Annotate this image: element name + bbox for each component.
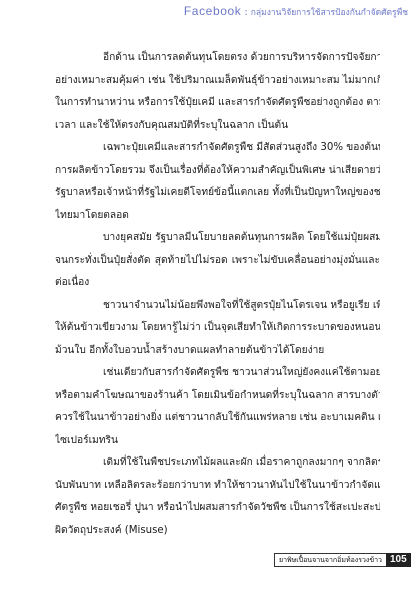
text-line: ให้ต้นข้าวเขียวงาม โดยหารู้ไม่ว่า เป็นจุ… — [55, 317, 380, 340]
header-separator: : — [244, 7, 247, 18]
paragraph-6: เดิมที่ใช้ในพืชประเภทไม้ผลและผัก เมื่อรา… — [55, 452, 380, 542]
page-number: 105 — [386, 553, 411, 567]
text-line: เดิมที่ใช้ในพืชประเภทไม้ผลและผัก เมื่อรา… — [55, 452, 380, 475]
text-line: ม้วนใบ อีกทั้งใบอวบน้ำสร้างบาดแผลทำลายต้… — [55, 340, 380, 363]
text-line: หรือตามคำโฆษณาของร้านค้า โดยเมินข้อกำหนด… — [55, 385, 380, 408]
book-title: ยาพิษเปื้อนจานจากอิ่มท้องรวงข้าว — [274, 553, 386, 567]
text-line: ชาวนาจำนวนไม่น้อยพึงพอใจที่ใช้สูตรปุ๋ยไน… — [55, 295, 380, 318]
text-line: รัฐบาลหรือเจ้าหน้าที่รัฐไม่เคยตีโจทย์ข้อ… — [55, 182, 380, 205]
text-line: ต่อเนื่อง — [55, 272, 380, 295]
page-header: Facebook:กลุ่มงานวิจัยการใช้สารป้องกันกำ… — [184, 4, 408, 19]
text-line: ควรใช้ในนาข้าวอย่างยิ่ง แต่ชาวนากลับใช้ก… — [55, 407, 380, 430]
text-line: นับพันบาท เหลือลิตรละร้อยกว่าบาท ทำให้ชา… — [55, 475, 380, 498]
paragraph-4: ชาวนาจำนวนไม่น้อยพึงพอใจที่ใช้สูตรปุ๋ยไน… — [55, 295, 380, 363]
text-line: เช่นเดียวกับสารกำจัดศัตรูพืช ชาวนาส่วนให… — [55, 362, 380, 385]
text-line: ไทยมาโดยตลอด — [55, 205, 380, 228]
text-line: เวลา และใช้ให้ตรงกับคุณสมบัติที่ระบุในฉล… — [55, 115, 380, 138]
body-text: อีกด้าน เป็นการลดต้นทุนโดยตรง ด้วยการบริ… — [55, 47, 380, 542]
text-line: การผลิตข้าวโดยรวม จึงเป็นเรื่องที่ต้องให… — [55, 160, 380, 183]
text-line: บางยุคสมัย รัฐบาลมีนโยบายลดต้นทุนการผลิต… — [55, 227, 380, 250]
paragraph-3: บางยุคสมัย รัฐบาลมีนโยบายลดต้นทุนการผลิต… — [55, 227, 380, 295]
text-line: จนกระทั่งเป็นปุ๋ยสั่งตัด สุดท้ายไปไม่รอด… — [55, 250, 380, 273]
text-line: เฉพาะปุ๋ยเคมีและสารกำจัดศัตรูพืช มีสัดส่… — [55, 137, 380, 160]
text-line: ผิดวัตถุประสงค์ (Misuse) — [55, 520, 380, 543]
paragraph-1: อีกด้าน เป็นการลดต้นทุนโดยตรง ด้วยการบริ… — [55, 47, 380, 137]
text-line: อย่างเหมาะสมคุ้มค่า เช่น ใช้ปริมาณเมล็ดพ… — [55, 70, 380, 93]
text-line: ในการทำนาหว่าน หรือการใช้ปุ๋ยเคมี และสาร… — [55, 92, 380, 115]
text-line: อีกด้าน เป็นการลดต้นทุนโดยตรง ด้วยการบริ… — [55, 47, 380, 70]
paragraph-2: เฉพาะปุ๋ยเคมีและสารกำจัดศัตรูพืช มีสัดส่… — [55, 137, 380, 227]
paragraph-5: เช่นเดียวกับสารกำจัดศัตรูพืช ชาวนาส่วนให… — [55, 362, 380, 452]
page-footer: ยาพิษเปื้อนจานจากอิ่มท้องรวงข้าว 105 — [274, 553, 411, 567]
facebook-label: Facebook — [184, 4, 242, 18]
text-line: ไซเปอร์เมทริน — [55, 430, 380, 453]
facebook-group-name: กลุ่มงานวิจัยการใช้สารป้องกันกำจัดศัตรูพ… — [251, 8, 408, 18]
text-line: ศัตรูพืช หอยเชอรี่ ปูนา หรือนำไปผสมสารกำ… — [55, 497, 380, 520]
